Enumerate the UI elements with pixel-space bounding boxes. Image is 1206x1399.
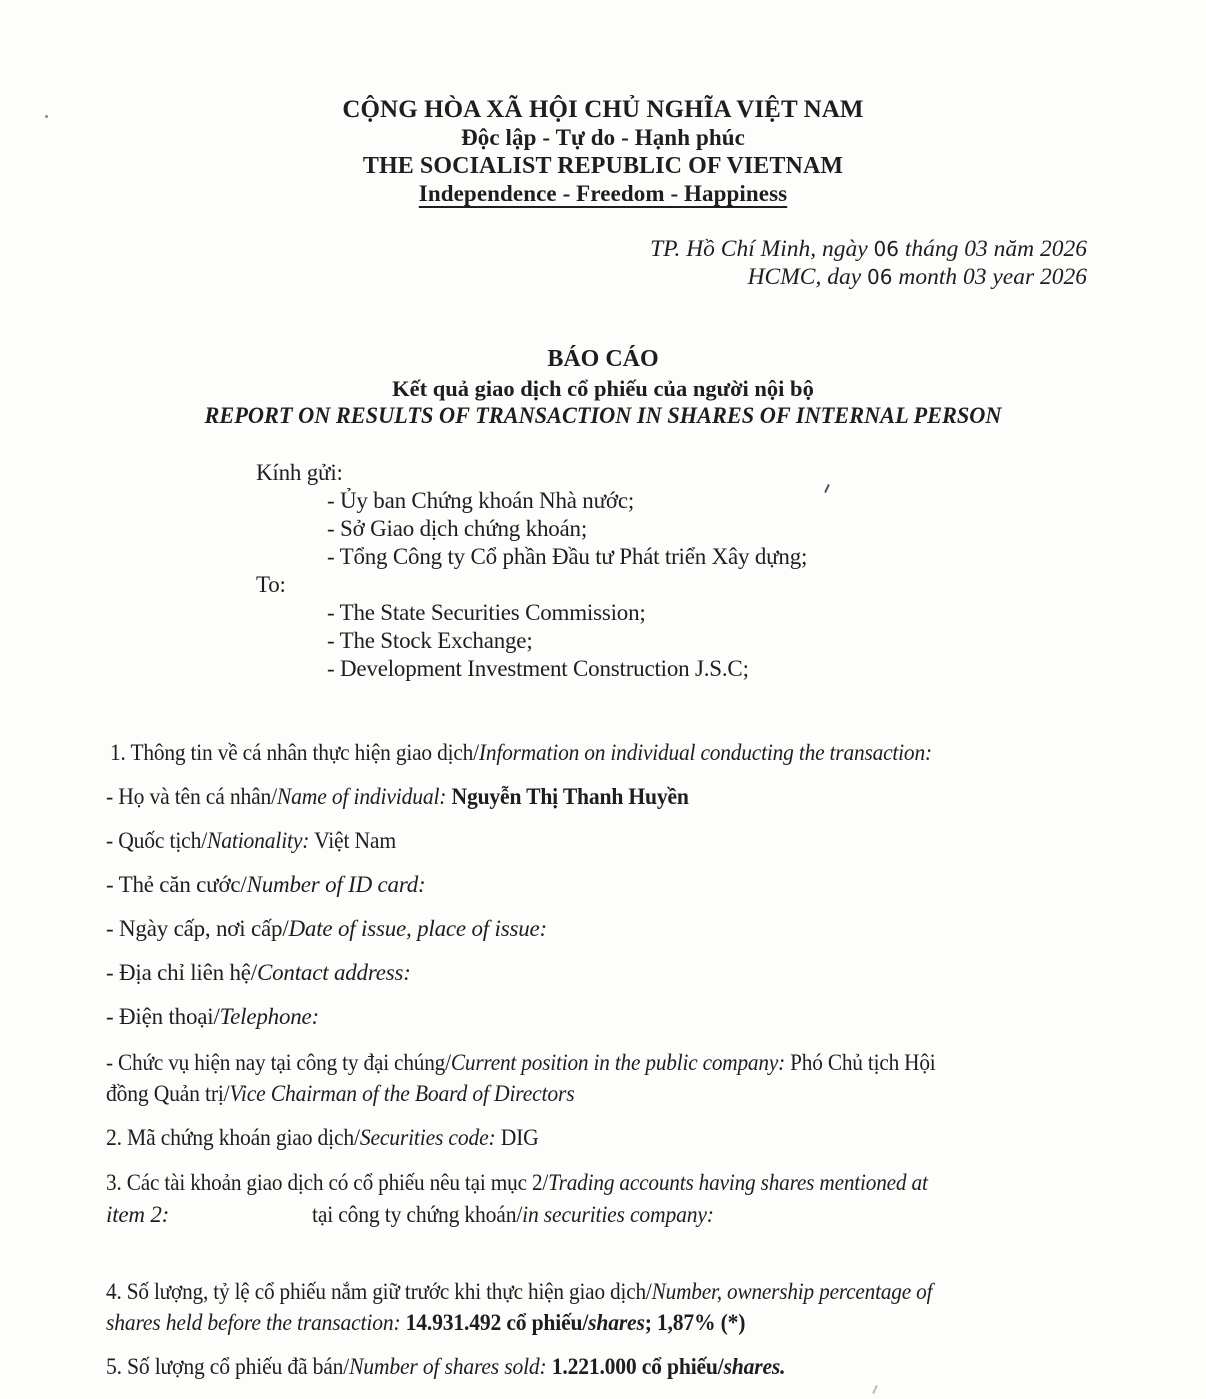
position-value-vi-2: đồng Quản trị/	[106, 1081, 229, 1106]
field-address-label-vi: - Địa chỉ liên hệ/	[106, 960, 257, 985]
position-value-en: Vice Chairman of the Board of Directors	[229, 1081, 574, 1106]
field-id-label-vi: - Thẻ căn cước/	[106, 872, 247, 897]
section-1-heading: 1. Thông tin về cá nhân thực hiện giao d…	[110, 740, 994, 766]
date-en-day: 06	[867, 265, 892, 289]
field-phone-label-en: Telephone:	[220, 1004, 319, 1029]
nationality-value: Việt Nam	[314, 828, 396, 853]
date-line-en: HCMC, day 06 month 03 year 2026	[748, 264, 1087, 291]
field-position-label-vi: - Chức vụ hiện nay tại công ty đại chúng…	[106, 1050, 451, 1075]
section-5: 5. Số lượng cổ phiếu đã bán/Number of sh…	[106, 1354, 829, 1380]
document-page: CỘNG HÒA XÃ HỘI CHỦ NGHĨA VIỆT NAM Độc l…	[0, 0, 1206, 1399]
section-2-vi: 2. Mã chứng khoán giao dịch/	[106, 1125, 360, 1150]
date-vi-day: 06	[874, 237, 899, 261]
pen-mark	[824, 484, 830, 493]
field-position-label-en: Current position in the public company:	[451, 1050, 785, 1075]
section-2-en: Securities code:	[360, 1125, 496, 1150]
date-en-rest: month 03 year 2026	[892, 264, 1087, 290]
section-3-en: Trading accounts having shares mentioned…	[548, 1170, 928, 1195]
section-3-en-2: in securities company:	[522, 1202, 714, 1227]
ownership-percentage-value: ; 1,87% (*)	[645, 1310, 746, 1335]
recipient-vi-1: - Ủy ban Chứng khoán Nhà nước;	[327, 488, 634, 514]
shares-held-unit-vi: cổ phiếu/	[506, 1310, 588, 1335]
motto-vi: Độc lập - Tự do - Hạnh phúc	[0, 125, 1206, 151]
pen-mark	[872, 1385, 878, 1394]
field-phone-label-vi: - Điện thoại/	[106, 1004, 220, 1029]
field-nationality: - Quốc tịch/Nationality: Việt Nam	[106, 828, 414, 854]
field-address: - Địa chỉ liên hệ/Contact address:	[106, 960, 411, 986]
section-4-en: Number, ownership percentage of	[652, 1279, 933, 1304]
individual-name-value: Nguyễn Thị Thanh Huyền	[452, 784, 689, 809]
field-issue-label-vi: - Ngày cấp, nơi cấp/	[106, 916, 289, 941]
shares-held-unit-en: shares	[588, 1310, 645, 1335]
report-title: BÁO CÁO	[0, 346, 1206, 373]
shares-sold-value: 1.221.000	[552, 1354, 637, 1379]
shares-sold-unit-en: shares.	[724, 1354, 786, 1379]
recipient-en-1: - The State Securities Commission;	[327, 600, 646, 626]
field-nationality-label-en: Nationality:	[207, 828, 309, 853]
date-line-vi: TP. Hồ Chí Minh, ngày 06 tháng 03 năm 20…	[650, 236, 1087, 263]
shares-sold-unit-vi: cổ phiếu/	[642, 1354, 724, 1379]
date-en-prefix: HCMC, day	[748, 264, 867, 290]
report-subtitle-en: REPORT ON RESULTS OF TRANSACTION IN SHAR…	[18, 403, 1188, 429]
field-issue-label-en: Date of issue, place of issue:	[289, 916, 547, 941]
section-4: 4. Số lượng, tỷ lệ cổ phiếu nắm giữ trướ…	[106, 1279, 999, 1305]
recipient-vi-2: - Sở Giao dịch chứng khoán;	[327, 516, 587, 542]
recipient-en-2: - The Stock Exchange;	[327, 628, 533, 654]
scan-speck	[45, 115, 48, 118]
motto-en: Independence - Freedom - Happiness	[419, 181, 787, 206]
position-value-vi-1: Phó Chủ tịch Hội	[790, 1050, 935, 1075]
section-3-item-label: item 2:	[106, 1202, 169, 1228]
recipients-label-vi: Kính gửi:	[256, 460, 343, 486]
motto-en-wrap: Independence - Freedom - Happiness	[0, 181, 1206, 207]
section-3: 3. Các tài khoản giao dịch có cổ phiếu n…	[106, 1170, 994, 1196]
securities-code-value: DIG	[501, 1125, 539, 1150]
section-4-vi: 4. Số lượng, tỷ lệ cổ phiếu nắm giữ trướ…	[106, 1279, 652, 1304]
field-issue: - Ngày cấp, nơi cấp/Date of issue, place…	[106, 916, 547, 942]
field-id-label-en: Number of ID card:	[247, 872, 426, 897]
section-3-vi: 3. Các tài khoản giao dịch có cổ phiếu n…	[106, 1170, 548, 1195]
date-vi-prefix: TP. Hồ Chí Minh, ngày	[650, 236, 873, 262]
field-name-label-en: Name of individual:	[277, 784, 446, 809]
field-nationality-label-vi: - Quốc tịch/	[106, 828, 207, 853]
section-5-vi: 5. Số lượng cổ phiếu đã bán/	[106, 1354, 349, 1379]
section-1-vi: 1. Thông tin về cá nhân thực hiện giao d…	[110, 740, 479, 765]
field-phone: - Điện thoại/Telephone:	[106, 1004, 319, 1030]
recipients-label-en: To:	[256, 572, 286, 598]
date-vi-rest: tháng 03 năm 2026	[899, 236, 1087, 262]
shares-held-before-value: 14.931.492	[406, 1310, 501, 1335]
section-5-en: Number of shares sold:	[349, 1354, 546, 1379]
field-address-label-en: Contact address:	[257, 960, 411, 985]
section-2: 2. Mã chứng khoán giao dịch/Securities c…	[106, 1125, 566, 1151]
section-4-line2: shares held before the transaction: 14.9…	[106, 1310, 786, 1336]
recipient-vi-3: - Tổng Công ty Cổ phần Đầu tư Phát triển…	[327, 544, 807, 570]
section-3-line2: tại công ty chứng khoán/in securities co…	[312, 1202, 739, 1228]
section-1-en: Information on individual conducting the…	[479, 740, 932, 765]
country-name-vi: CỘNG HÒA XÃ HỘI CHỦ NGHĨA VIỆT NAM	[0, 96, 1206, 124]
field-id-card: - Thẻ căn cước/Number of ID card:	[106, 872, 426, 898]
section-3-vi-2: tại công ty chứng khoán/	[312, 1202, 522, 1227]
report-subtitle-vi: Kết quả giao dịch cổ phiếu của người nội…	[0, 376, 1206, 402]
recipient-en-3: - Development Investment Construction J.…	[327, 656, 749, 682]
field-position-line2: đồng Quản trị/Vice Chairman of the Board…	[106, 1081, 604, 1107]
field-name-label-vi: - Họ và tên cá nhân/	[106, 784, 277, 809]
field-name: - Họ và tên cá nhân/Name of individual: …	[106, 784, 726, 810]
country-name-en: THE SOCIALIST REPUBLIC OF VIETNAM	[0, 153, 1206, 180]
field-position: - Chức vụ hiện nay tại công ty đại chúng…	[106, 1050, 1003, 1076]
section-4-en-2: shares held before the transaction:	[106, 1310, 400, 1335]
